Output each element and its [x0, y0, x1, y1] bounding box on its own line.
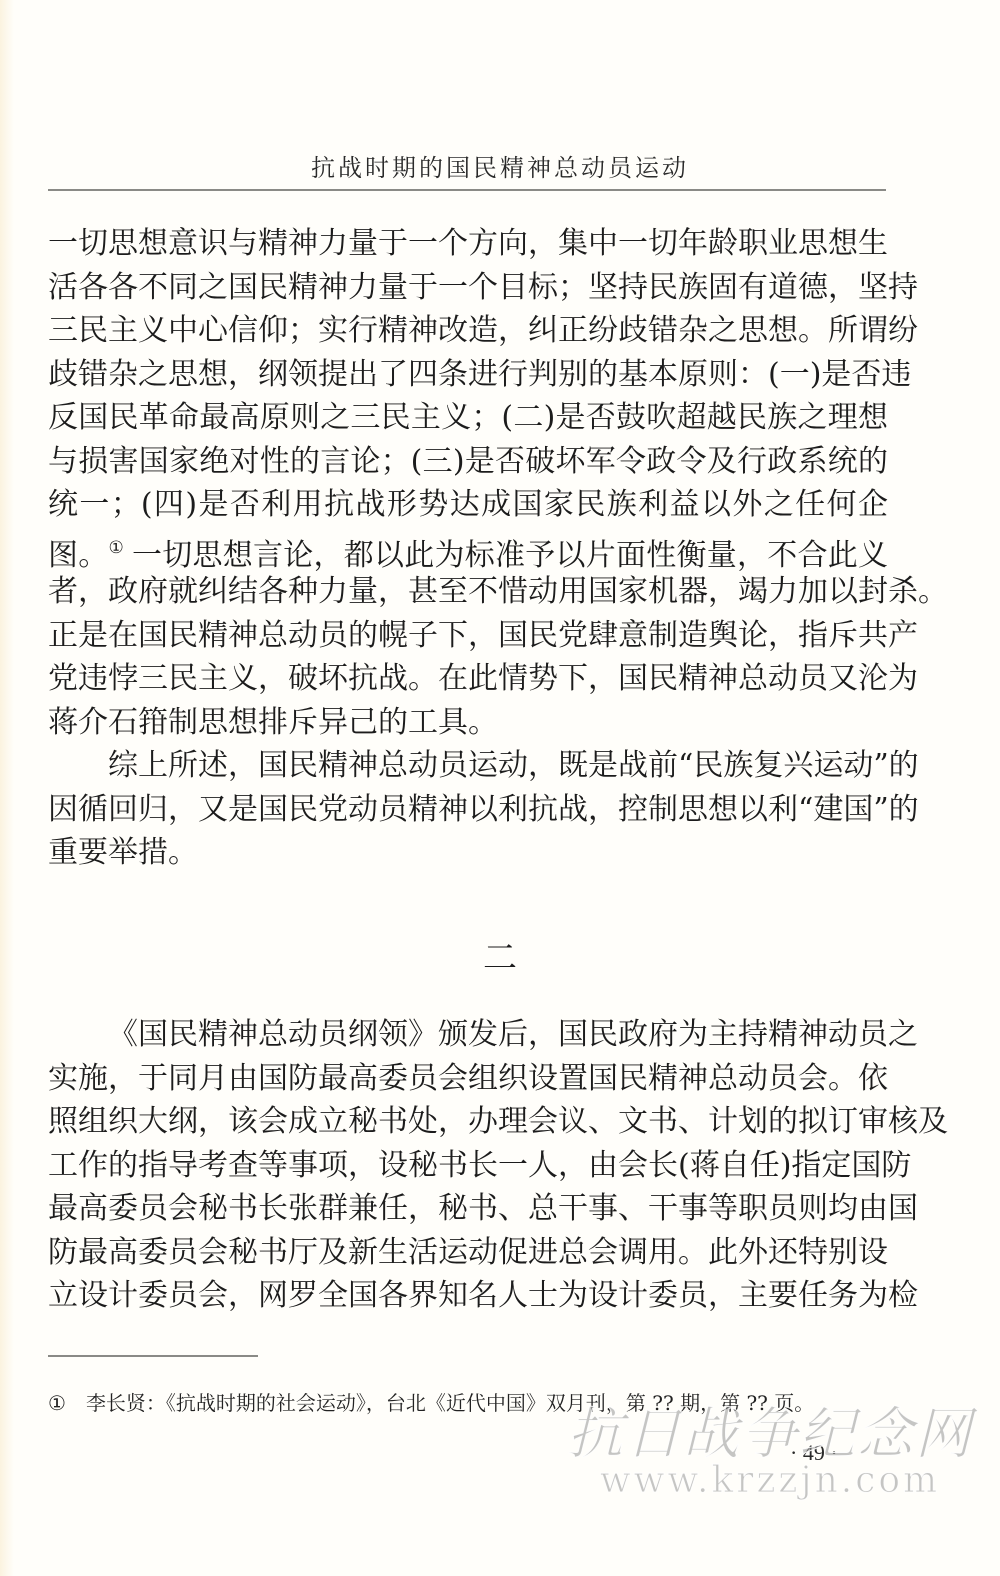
- text-line: 与损害国家绝对性的言论；(三)是否破坏军令政令及行政系统的: [48, 440, 888, 484]
- text-line: 《国民精神总动员纲领》颁发后，国民政府为主持精神动员之: [48, 1013, 888, 1057]
- footnote-text: 李长贤：《抗战时期的社会运动》，台北《近代中国》双月刊，第 ?? 期，第 ?? …: [86, 1391, 814, 1415]
- text-line: 照组织大纲，该会成立秘书处，办理会议、文书、计划的拟订审核及: [48, 1100, 888, 1144]
- text-line: 最高委员会秘书长张群兼任，秘书、总干事、干事等职员则均由国: [48, 1187, 888, 1231]
- watermark-url: www.krzzjn.com: [560, 1460, 980, 1501]
- paragraph-continued: 一切思想意识与精神力量于一个方向，集中一切年龄职业思想生 活各各不同之国民精神力…: [48, 222, 888, 744]
- text-fragment: 图。: [48, 538, 109, 573]
- text-line: 立设计委员会，网罗全国各界知名人士为设计委员，主要任务为检: [48, 1274, 888, 1318]
- text-fragment: 一切思想言论，都以此为标准予以片面性衡量，不合此义: [132, 538, 888, 573]
- text-line: 三民主义中心信仰；实行精神改造，纠正纷歧错杂之思想。所谓纷: [48, 309, 888, 353]
- page-number: · 49 ·: [790, 1440, 838, 1466]
- text-line: 党违悖三民主义，破坏抗战。在此情势下，国民精神总动员又沦为: [48, 657, 888, 701]
- text-line: 歧错杂之思想，纲领提出了四条进行判别的基本原则：(一)是否违: [48, 353, 888, 397]
- header-rule: [48, 189, 886, 191]
- section-number: 二: [0, 930, 1000, 979]
- running-header: 抗战时期的国民精神总动员运动: [0, 148, 1000, 183]
- text-line: 一切思想意识与精神力量于一个方向，集中一切年龄职业思想生: [48, 222, 888, 266]
- footnote: ①李长贤：《抗战时期的社会运动》，台北《近代中国》双月刊，第 ?? 期，第 ??…: [48, 1387, 814, 1416]
- footnote-rule: [48, 1355, 258, 1357]
- text-line: 综上所述，国民精神总动员运动，既是战前“民族复兴运动”的: [48, 744, 888, 788]
- paragraph-section-two: 《国民精神总动员纲领》颁发后，国民政府为主持精神动员之 实施，于同月由国防最高委…: [48, 1013, 888, 1318]
- text-line: 实施，于同月由国防最高委员会组织设置国民精神总动员会。依: [48, 1057, 888, 1101]
- text-line: 反国民革命最高原则之三民主义；(二)是否鼓吹超越民族之理想: [48, 396, 888, 440]
- text-line: 防最高委员会秘书厅及新生活运动促进总会调用。此外还特别设: [48, 1231, 888, 1275]
- text-line: 因循回归，又是国民党动员精神以利抗战，控制思想以利“建国”的: [48, 788, 888, 832]
- text-line: 蒋介石箝制思想排斥异己的工具。: [48, 701, 888, 745]
- page-edge-shadow: [0, 0, 14, 1576]
- footnote-marker[interactable]: ①: [109, 538, 125, 558]
- footnote-number: ①: [48, 1391, 66, 1415]
- text-line-with-footnote: 图。①一切思想言论，都以此为标准予以片面性衡量，不合此义: [48, 527, 888, 571]
- text-line: 统一；(四)是否利用抗战形势达成国家民族利益以外之任何企: [48, 483, 888, 527]
- text-line: 工作的指导考查等事项，设秘书长一人，由会长(蒋自任)指定国防: [48, 1144, 888, 1188]
- text-line: 活各各不同之国民精神力量于一个目标；坚持民族固有道德，坚持: [48, 266, 888, 310]
- text-line: 重要举措。: [48, 831, 888, 875]
- paragraph-summary: 综上所述，国民精神总动员运动，既是战前“民族复兴运动”的 因循回归，又是国民党动…: [48, 744, 888, 875]
- text-line: 正是在国民精神总动员的幌子下，国民党肆意制造舆论，指斥共产: [48, 614, 888, 658]
- text-line: 者，政府就纠结各种力量，甚至不惜动用国家机器，竭力加以封杀。: [48, 570, 888, 614]
